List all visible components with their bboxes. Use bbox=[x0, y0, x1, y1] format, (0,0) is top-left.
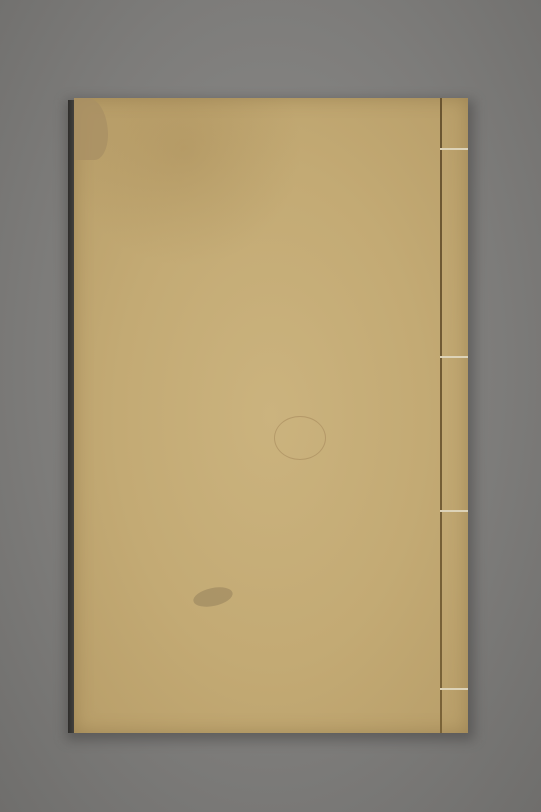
book-cover bbox=[74, 98, 468, 733]
binding-stitch bbox=[440, 510, 468, 512]
binding-stitch bbox=[440, 356, 468, 358]
cover-stain bbox=[192, 584, 235, 610]
ring-mark bbox=[274, 416, 326, 460]
binding-stitch bbox=[440, 688, 468, 690]
binding-stitch bbox=[440, 148, 468, 150]
spine-fold bbox=[440, 98, 442, 733]
corner-stain bbox=[74, 98, 108, 160]
